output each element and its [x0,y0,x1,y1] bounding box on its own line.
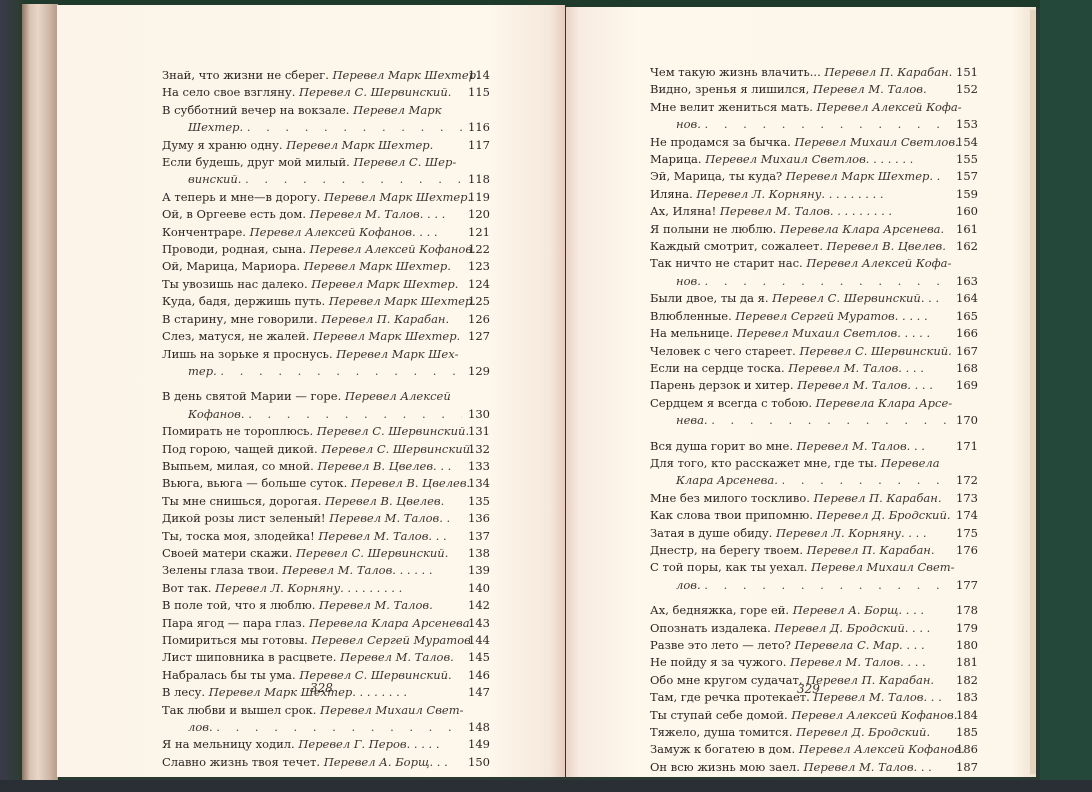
toc-entry: Слез, матуся, не жалей. Перевел Марк Шех… [162,328,462,345]
entry-first-line: На село свое взгляну. Перевел С. Шервинс… [162,84,462,101]
poem-title: Вьюга, вьюга — больше суток. [162,476,351,490]
poem-title: Ты, тоска моя, злодейка! [162,529,318,543]
toc-entry: Знай, что жизни не сберег. Перевел Марк … [162,67,462,84]
page-number-right: 329 [797,682,820,696]
poem-title: Вся душа горит во мне. [650,439,797,453]
page-ref: 131 [468,423,498,440]
page-ref: 154 [956,134,986,151]
entry-first-line: Марица. Перевел Михаил Светлов. . . . . … [650,151,950,168]
toc-entry: Человек с чего стареет. Перевел С. Шерви… [650,343,950,360]
page-ref: 143 [468,615,498,632]
page-ref: 122 [468,241,498,258]
page-ref: 124 [468,276,498,293]
translator: Перевел Марк Шехтер. [304,259,451,273]
translator: Перевел Марк Шехтер. [311,277,458,291]
toc-entry: Были двое, ты да я. Перевел С. Шервински… [650,290,950,307]
entry-first-line: Так любви и вышел срок. Перевел Михаил С… [162,702,462,719]
leader-dots: . . . . . . . . . . . . . . . . . . . . … [704,578,950,592]
page-ref: 138 [468,545,498,562]
page-ref: 163 [956,273,986,290]
entry-first-line: Замуж к богатею в дом. Перевел Алексей К… [650,741,950,758]
page-ref: 187 [956,759,986,776]
page-ref: 149 [468,736,498,753]
entry-first-line: Опознать издалека. Перевел Д. Бродский. … [650,620,950,637]
page-ref: 132 [468,441,498,458]
poem-title: Каждый смотрит, сожалеет. [650,239,827,253]
poem-title: Как слова твои припомню. [650,508,817,522]
toc-entry: Кончентраре. Перевел Алексей Кофанов. . … [162,224,462,241]
translator: Перевел В. Цвелев. [827,239,946,253]
entry-first-line: Вьюга, вьюга — больше суток. Перевел В. … [162,475,462,492]
translator-continuation: нов. [676,274,705,288]
page-ref: 117 [468,137,498,154]
toc-entry: Днестр, на берегу твоем. Перевел П. Кара… [650,542,950,559]
poem-title: Куда, бадя, держишь путь. [162,294,329,308]
poem-title: Думу я храню одну. [162,138,286,152]
entry-first-line: Вот так. Перевел Л. Корняну. . . . . . .… [162,580,462,597]
entry-first-line: А теперь и мне—в дорогу. Перевел Марк Ше… [162,189,462,206]
translator: Перевела Клара Арсенева. [309,616,473,630]
toc-entry: Сердцем я всегда с тобою. Перевела Клара… [650,395,950,430]
entry-first-line: Под горою, чащей дикой. Перевел С. Шерви… [162,441,462,458]
poem-title: Лишь на зорьке я проснусь. [162,347,336,361]
page-ref: 162 [956,238,986,255]
translator: Перевел С. Шервинский. [799,344,951,358]
page-ref: 151 [956,64,986,81]
entry-continuation: лов. . . . . . . . . . . . . . . . . . .… [162,719,462,736]
translator: Перевел С. Шер- [353,155,456,169]
entry-first-line: Ой, Марица, Мариора. Перевел Марк Шехтер… [162,258,462,275]
page-ref: 123 [468,258,498,275]
toc-entry: Разве это лето — лето? Перевела С. Мар. … [650,637,950,654]
page-ref: 126 [468,311,498,328]
entry-first-line: В старину, мне говорили. Перевел П. Кара… [162,311,462,328]
leader-dots: . . . . . . . . . . . . . . . . . . . . … [711,413,950,427]
translator: Перевел С. Шервинский. [296,546,448,560]
toc-entry: Мне велит жениться мать. Перевел Алексей… [650,99,950,134]
entry-first-line: Ах, бедняжка, горе ей. Перевел А. Борщ. … [650,602,950,619]
entry-first-line: Человек с чего стареет. Перевел С. Шерви… [650,343,950,360]
entry-first-line: Лишь на зорьке я проснусь. Перевел Марк … [162,346,462,363]
toc-entry: В старину, мне говорили. Перевел П. Кара… [162,311,462,328]
toc-entry: Опознать издалека. Перевел Д. Бродский. … [650,620,950,637]
entry-first-line: Помириться мы готовы. Перевел Сергей Мур… [162,632,462,649]
toc-entry: Славно жизнь твоя течет. Перевел А. Борщ… [162,754,462,771]
translator: Перевел Д. Бродский. [817,508,951,522]
poem-title: Чем такую жизнь влачить... [650,65,824,79]
page-ref: 179 [956,620,986,637]
translator-continuation: лов. [676,578,704,592]
page-ref: 157 [956,168,986,185]
page-ref: 134 [468,475,498,492]
entry-first-line: Иляна. Перевел Л. Корняну. . . . . . . .… [650,186,950,203]
book-cover-right [1040,0,1092,792]
leader-dots: . . . . . . . . . . . . . . . . . . . . … [705,274,950,288]
poem-title: Там, где речка протекает. [650,690,813,704]
page-ref: 121 [468,224,498,241]
toc-entry: Так любви и вышел срок. Перевел Михаил С… [162,702,462,737]
translator: Перевел Алексей Кофанов. [310,242,476,256]
toc-entry: Каждый смотрит, сожалеет. Перевел В. Цве… [650,238,950,255]
toc-entry: Затая в душе обиду. Перевел Л. Корняну. … [650,525,950,542]
page-ref: 186 [956,741,986,758]
toc-entry: Думу я храню одну. Перевел Марк Шехтер.1… [162,137,462,154]
poem-title: Иляна. [650,187,696,201]
poem-title: Проводи, родная, сына. [162,242,310,256]
translator: Перевел Марк Шехтер. [286,138,433,152]
entry-gap [650,430,950,438]
poem-title: Если будешь, друг мой милый. [162,155,353,169]
page-ref: 147 [468,684,498,701]
translator: Перевел Сергей Муратов. . . . . [735,309,927,323]
toc-entry: Эй, Марица, ты куда? Перевел Марк Шехтер… [650,168,950,185]
toc-entry: Тяжело, душа томится. Перевел Д. Бродски… [650,724,950,741]
translator: Перевела Клара Арсенева. [780,222,944,236]
page-ref: 183 [956,689,986,706]
entry-gap [162,380,462,388]
entry-first-line: Кончентраре. Перевел Алексей Кофанов. . … [162,224,462,241]
translator: Перевел Д. Бродский. . . . [774,621,930,635]
page-ref: 120 [468,206,498,223]
poem-title: Ах, Иляна! [650,204,720,218]
poem-title: Сердцем я всегда с тобою. [650,396,816,410]
page-ref: 164 [956,290,986,307]
page-edges-left [22,4,58,780]
toc-entry: Ты ступай себе домой. Перевел Алексей Ко… [650,707,950,724]
entry-first-line: В поле той, что я люблю. Перевел М. Тало… [162,597,462,614]
page-ref: 127 [468,328,498,345]
translator: Перевел С. Шервинский. . . [772,291,939,305]
poem-title: Знай, что жизни не сберег. [162,68,333,82]
page-ref: 169 [956,377,986,394]
toc-entry: Вьюга, вьюга — больше суток. Перевел В. … [162,475,462,492]
translator-continuation: нов. [676,117,705,131]
translator: Перевел М. Талов. [340,650,454,664]
entry-first-line: Не продамся за бычка. Перевел Михаил Све… [650,134,950,151]
toc-entry: Ты увозишь нас далеко. Перевел Марк Шехт… [162,276,462,293]
translator: Перевел Марк Шехтер. [324,190,471,204]
translator: Перевел Михаил Светлов. . . . . . . [705,152,913,166]
entry-first-line: Если на сердце тоска. Перевел М. Талов. … [650,360,950,377]
page-ref: 182 [956,672,986,689]
page-ref: 148 [468,719,498,736]
page-ref: 144 [468,632,498,649]
poem-title: Замуж к богатею в дом. [650,742,799,756]
translator: Перевел В. Цвелев. [325,494,444,508]
page-ref: 161 [956,221,986,238]
translator: Перевел П. Карабан. [814,491,942,505]
translator: Перевел А. Борщ. . . [324,755,448,769]
translator: Перевел Марк [353,103,441,117]
entry-first-line: Знай, что жизни не сберег. Перевел Марк … [162,67,462,84]
poem-title: Ой, Марица, Мариора. [162,259,304,273]
poem-title: Мне велит жениться мать. [650,100,817,114]
translator-continuation: Шехтер. [188,120,247,134]
poem-title: В лесу. [162,685,209,699]
page-ref: 130 [468,406,498,423]
toc-entry: Пара ягод — пара глаз. Перевела Клара Ар… [162,615,462,632]
poem-title: Своей матери скажи. [162,546,296,560]
translator: Перевел Михаил Светлов. . . . . [737,326,930,340]
entry-gap [650,594,950,602]
translator: Перевел Л. Корняну. . . . [776,526,927,540]
toc-entry: Вся душа горит во мне. Перевел М. Талов.… [650,438,950,455]
entry-first-line: Ты увозишь нас далеко. Перевел Марк Шехт… [162,276,462,293]
translator: Перевел М. Талов. . . . [790,655,926,669]
entry-first-line: Так ничто не старит нас. Перевел Алексей… [650,255,950,272]
translator: Перевел Алексей Кофа- [806,256,951,270]
entry-continuation: Шехтер. . . . . . . . . . . . . . . . . … [162,119,462,136]
poem-title: Разве это лето — лето? [650,638,795,652]
poem-title: Так ничто не старит нас. [650,256,806,270]
table-of-contents-left: Знай, что жизни не сберег. Перевел Марк … [162,67,462,771]
toc-entry: Ты мне снишься, дорогая. Перевел В. Цвел… [162,493,462,510]
poem-title: А теперь и мне—в дорогу. [162,190,324,204]
entry-first-line: На мельнице. Перевел Михаил Светлов. . .… [650,325,950,342]
translator-continuation: тер. [188,364,220,378]
entry-first-line: Для того, кто расскажет мне, где ты. Пер… [650,455,950,472]
page-ref: 155 [956,151,986,168]
poem-title: Набралась бы ты ума. [162,668,299,682]
translator: Перевел М. Талов. . . [318,529,446,543]
translator-continuation: винский. [188,172,245,186]
toc-entry: На село свое взгляну. Перевел С. Шервинс… [162,84,462,101]
poem-title: Помириться мы готовы. [162,633,312,647]
poem-title: Ты увозишь нас далеко. [162,277,311,291]
poem-title: Ой, в Оргееве есть дом. [162,207,310,221]
entry-first-line: Зелены глаза твои. Перевел М. Талов. . .… [162,562,462,579]
toc-entry: В субботний вечер на вокзале. Перевел Ма… [162,102,462,137]
entry-first-line: Разве это лето — лето? Перевела С. Мар. … [650,637,950,654]
page-ref: 181 [956,654,986,671]
toc-entry: Не пойду я за чужого. Перевел М. Талов. … [650,654,950,671]
page-ref: 166 [956,325,986,342]
poem-title: Вот так. [162,581,215,595]
translator: Перевел П. Карабан. [806,673,934,687]
translator: Перевел М. Талов. . . . [797,378,933,392]
poem-title: Мне без милого тоскливо. [650,491,814,505]
poem-title: Я полыни не люблю. [650,222,780,236]
page-ref: 184 [956,707,986,724]
translator-continuation: Кофанов. [188,407,248,421]
translator: Перевел Алексей Кофа- [817,100,962,114]
entry-first-line: Парень дерзок и хитер. Перевел М. Талов.… [650,377,950,394]
entry-first-line: Если будешь, друг мой милый. Перевел С. … [162,154,462,171]
toc-entry: Замуж к богатею в дом. Перевел Алексей К… [650,741,950,758]
entry-first-line: Не пойду я за чужого. Перевел М. Талов. … [650,654,950,671]
entry-continuation: нева. . . . . . . . . . . . . . . . . . … [650,412,950,429]
page-ref: 116 [468,119,498,136]
translator: Перевела Клара Арсе- [816,396,953,410]
page-ref: 150 [468,754,498,771]
page-ref: 153 [956,116,986,133]
translator-continuation: Клара Арсенева. [676,473,782,487]
poem-title: В поле той, что я люблю. [162,598,319,612]
toc-entry: Зелены глаза твои. Перевел М. Талов. . .… [162,562,462,579]
translator: Перевел М. Талов. [319,598,433,612]
entry-first-line: Ты мне снишься, дорогая. Перевел В. Цвел… [162,493,462,510]
entry-first-line: Сердцем я всегда с тобою. Перевела Клара… [650,395,950,412]
page-ref: 173 [956,490,986,507]
leader-dots: . . . . . . . . . . . . . . . . . . . . … [216,720,462,734]
toc-entry: Под горою, чащей дикой. Перевел С. Шерви… [162,441,462,458]
poem-title: Марица. [650,152,705,166]
toc-entry: Ах, бедняжка, горе ей. Перевел А. Борщ. … [650,602,950,619]
poem-title: Не пойду я за чужого. [650,655,790,669]
poem-title: На село свое взгляну. [162,85,299,99]
translator-continuation: нева. [676,413,711,427]
poem-title: Дикой розы лист зеленый! [162,511,329,525]
entry-first-line: Мне велит жениться мать. Перевел Алексей… [650,99,950,116]
poem-title: Я на мельницу ходил. [162,737,298,751]
entry-continuation: тер. . . . . . . . . . . . . . . . . . .… [162,363,462,380]
page-ref: 133 [468,458,498,475]
entry-first-line: Проводи, родная, сына. Перевел Алексей К… [162,241,462,258]
entry-first-line: Вся душа горит во мне. Перевел М. Талов.… [650,438,950,455]
poem-title: Зелены глаза твои. [162,563,282,577]
toc-entry: Ой, Марица, Мариора. Перевел Марк Шехтер… [162,258,462,275]
poem-title: Затая в душе обиду. [650,526,776,540]
translator: Перевел Алексей [345,389,451,403]
poem-title: Видно, зренья я лишился, [650,82,813,96]
translator: Перевел С. Шервинский. [299,85,451,99]
poem-title: Пара ягод — пара глаз. [162,616,309,630]
translator: Перевел Алексей Кофанов. [791,708,957,722]
entry-first-line: Помирать не тороплюсь. Перевел С. Шервин… [162,423,462,440]
poem-title: Выпьем, милая, со мной. [162,459,317,473]
toc-entry: Ах, Иляна! Перевел М. Талов. . . . . . .… [650,203,950,220]
poem-title: Человек с чего стареет. [650,344,799,358]
toc-entry: Иляна. Перевел Л. Корняну. . . . . . . .… [650,186,950,203]
translator: Перевел С. Шервинский. [317,424,469,438]
translator: Перевела С. Мар. . . . [795,638,925,652]
poem-title: Кончентраре. [162,225,250,239]
poem-title: Если на сердце тоска. [650,361,788,375]
poem-title: В старину, мне говорили. [162,312,321,326]
poem-title: Ах, бедняжка, горе ей. [650,603,793,617]
toc-entry: Он всю жизнь мою заел. Перевел М. Талов.… [650,759,950,776]
entry-continuation: нов. . . . . . . . . . . . . . . . . . .… [650,116,950,133]
toc-entry: Лишь на зорьке я проснусь. Перевел Марк … [162,346,462,381]
leader-dots: . . . . . . . . . . . . . . . . . . . . … [705,117,950,131]
poem-title: Днестр, на берегу твоем. [650,543,807,557]
toc-entry: Так ничто не старит нас. Перевел Алексей… [650,255,950,290]
translator: Перевел М. Талов. [813,82,927,96]
poem-title: В день святой Марии — горе. [162,389,345,403]
entry-first-line: Думу я храню одну. Перевел Марк Шехтер. [162,137,462,154]
page-ref: 142 [468,597,498,614]
entry-first-line: Видно, зренья я лишился, Перевел М. Тало… [650,81,950,98]
page-ref: 159 [956,186,986,203]
page-ref: 146 [468,667,498,684]
translator: Перевел М. Талов. . . [804,760,932,774]
toc-entry: Лист шиповника в расцвете. Перевел М. Та… [162,649,462,666]
translator: Перевел Марк Шехтер. [329,294,476,308]
toc-entry: Выпьем, милая, со мной. Перевел В. Цвеле… [162,458,462,475]
entry-continuation: винский. . . . . . . . . . . . . . . . .… [162,171,462,188]
entry-first-line: Влюбленные. Перевел Сергей Муратов. . . … [650,308,950,325]
entry-first-line: Эй, Марица, ты куда? Перевел Марк Шехтер… [650,168,950,185]
poem-title: Для того, кто расскажет мне, где ты. [650,456,881,470]
translator: Перевел Г. Перов. . . . . [298,737,439,751]
page-ref: 160 [956,203,986,220]
page-ref: 139 [468,562,498,579]
poem-title: Обо мне кругом судачат. [650,673,806,687]
page-ref: 174 [956,507,986,524]
entry-first-line: Пара ягод — пара глаз. Перевела Клара Ар… [162,615,462,632]
page-ref: 140 [468,580,498,597]
entry-first-line: Своей матери скажи. Перевел С. Шервински… [162,545,462,562]
page-ref: 172 [956,472,986,489]
entry-first-line: Как слова твои припомню. Перевел Д. Брод… [650,507,950,524]
translator: Перевел М. Талов. . . . [788,361,924,375]
poem-title: Лист шиповника в расцвете. [162,650,340,664]
translator: Перевел В. Цвелев. [351,476,470,490]
entry-first-line: Он всю жизнь мою заел. Перевел М. Талов.… [650,759,950,776]
translator: Перевел М. Талов. . . [813,690,941,704]
toc-entry: Влюбленные. Перевел Сергей Муратов. . . … [650,308,950,325]
translator: Перевел М. Талов. . . . . . [282,563,432,577]
poem-title: Он всю жизнь мою заел. [650,760,804,774]
leader-dots: . . . . . . . . . . . . . . . . . . . . … [248,407,462,421]
translator: Перевел Марк Шехтер. [333,68,480,82]
poem-title: Ты ступай себе домой. [650,708,791,722]
toc-entry: Помирать не тороплюсь. Перевел С. Шервин… [162,423,462,440]
toc-entry: Не продамся за бычка. Перевел Михаил Све… [650,134,950,151]
translator: Перевел С. Шервинский. [299,668,451,682]
translator: Перевел М. Талов. . [329,511,450,525]
toc-entry: А теперь и мне—в дорогу. Перевел Марк Ше… [162,189,462,206]
entry-first-line: Дикой розы лист зеленый! Перевел М. Тало… [162,510,462,527]
poem-title: Помирать не тороплюсь. [162,424,317,438]
entry-continuation: лов. . . . . . . . . . . . . . . . . . .… [650,577,950,594]
page-ref: 114 [468,67,498,84]
page-ref: 125 [468,293,498,310]
entry-first-line: Чем такую жизнь влачить... Перевел П. Ка… [650,64,950,81]
toc-entry: Мне без милого тоскливо. Перевел П. Кара… [650,490,950,507]
page-ref: 135 [468,493,498,510]
poem-title: Эй, Марица, ты куда? [650,169,786,183]
toc-entry: Своей матери скажи. Перевел С. Шервински… [162,545,462,562]
entry-first-line: Каждый смотрит, сожалеет. Перевел В. Цве… [650,238,950,255]
toc-entry: Чем такую жизнь влачить... Перевел П. Ка… [650,64,950,81]
entry-first-line: Слез, матуся, не жалей. Перевел Марк Шех… [162,328,462,345]
page-ref: 129 [468,363,498,380]
poem-title: В субботний вечер на вокзале. [162,103,353,117]
poem-title: Тяжело, душа томится. [650,725,796,739]
toc-entry: Куда, бадя, держишь путь. Перевел Марк Ш… [162,293,462,310]
poem-title: Не продамся за бычка. [650,135,795,149]
page-ref: 177 [956,577,986,594]
entry-first-line: Мне без милого тоскливо. Перевел П. Кара… [650,490,950,507]
page-ref: 170 [956,412,986,429]
translator: Перевел Алексей Кофанов. [799,742,965,756]
page-ref: 136 [468,510,498,527]
poem-title: Опознать издалека. [650,621,774,635]
entry-first-line: Славно жизнь твоя течет. Перевел А. Борщ… [162,754,462,771]
translator: Перевела [881,456,940,470]
translator: Перевел Марк Шехтер. [313,329,460,343]
entry-continuation: Клара Арсенева. . . . . . . . . . . . . … [650,472,950,489]
page-ref: 178 [956,602,986,619]
entry-first-line: В день святой Марии — горе. Перевел Алек… [162,388,462,405]
page-ref: 165 [956,308,986,325]
translator: Перевел Михаил Свет- [320,703,463,717]
page-ref: 137 [468,528,498,545]
toc-entry: Я полыни не люблю. Перевела Клара Арсене… [650,221,950,238]
translator: Перевел Л. Корняну. . . . . . . . . [215,581,402,595]
toc-entry: Помириться мы готовы. Перевел Сергей Мур… [162,632,462,649]
